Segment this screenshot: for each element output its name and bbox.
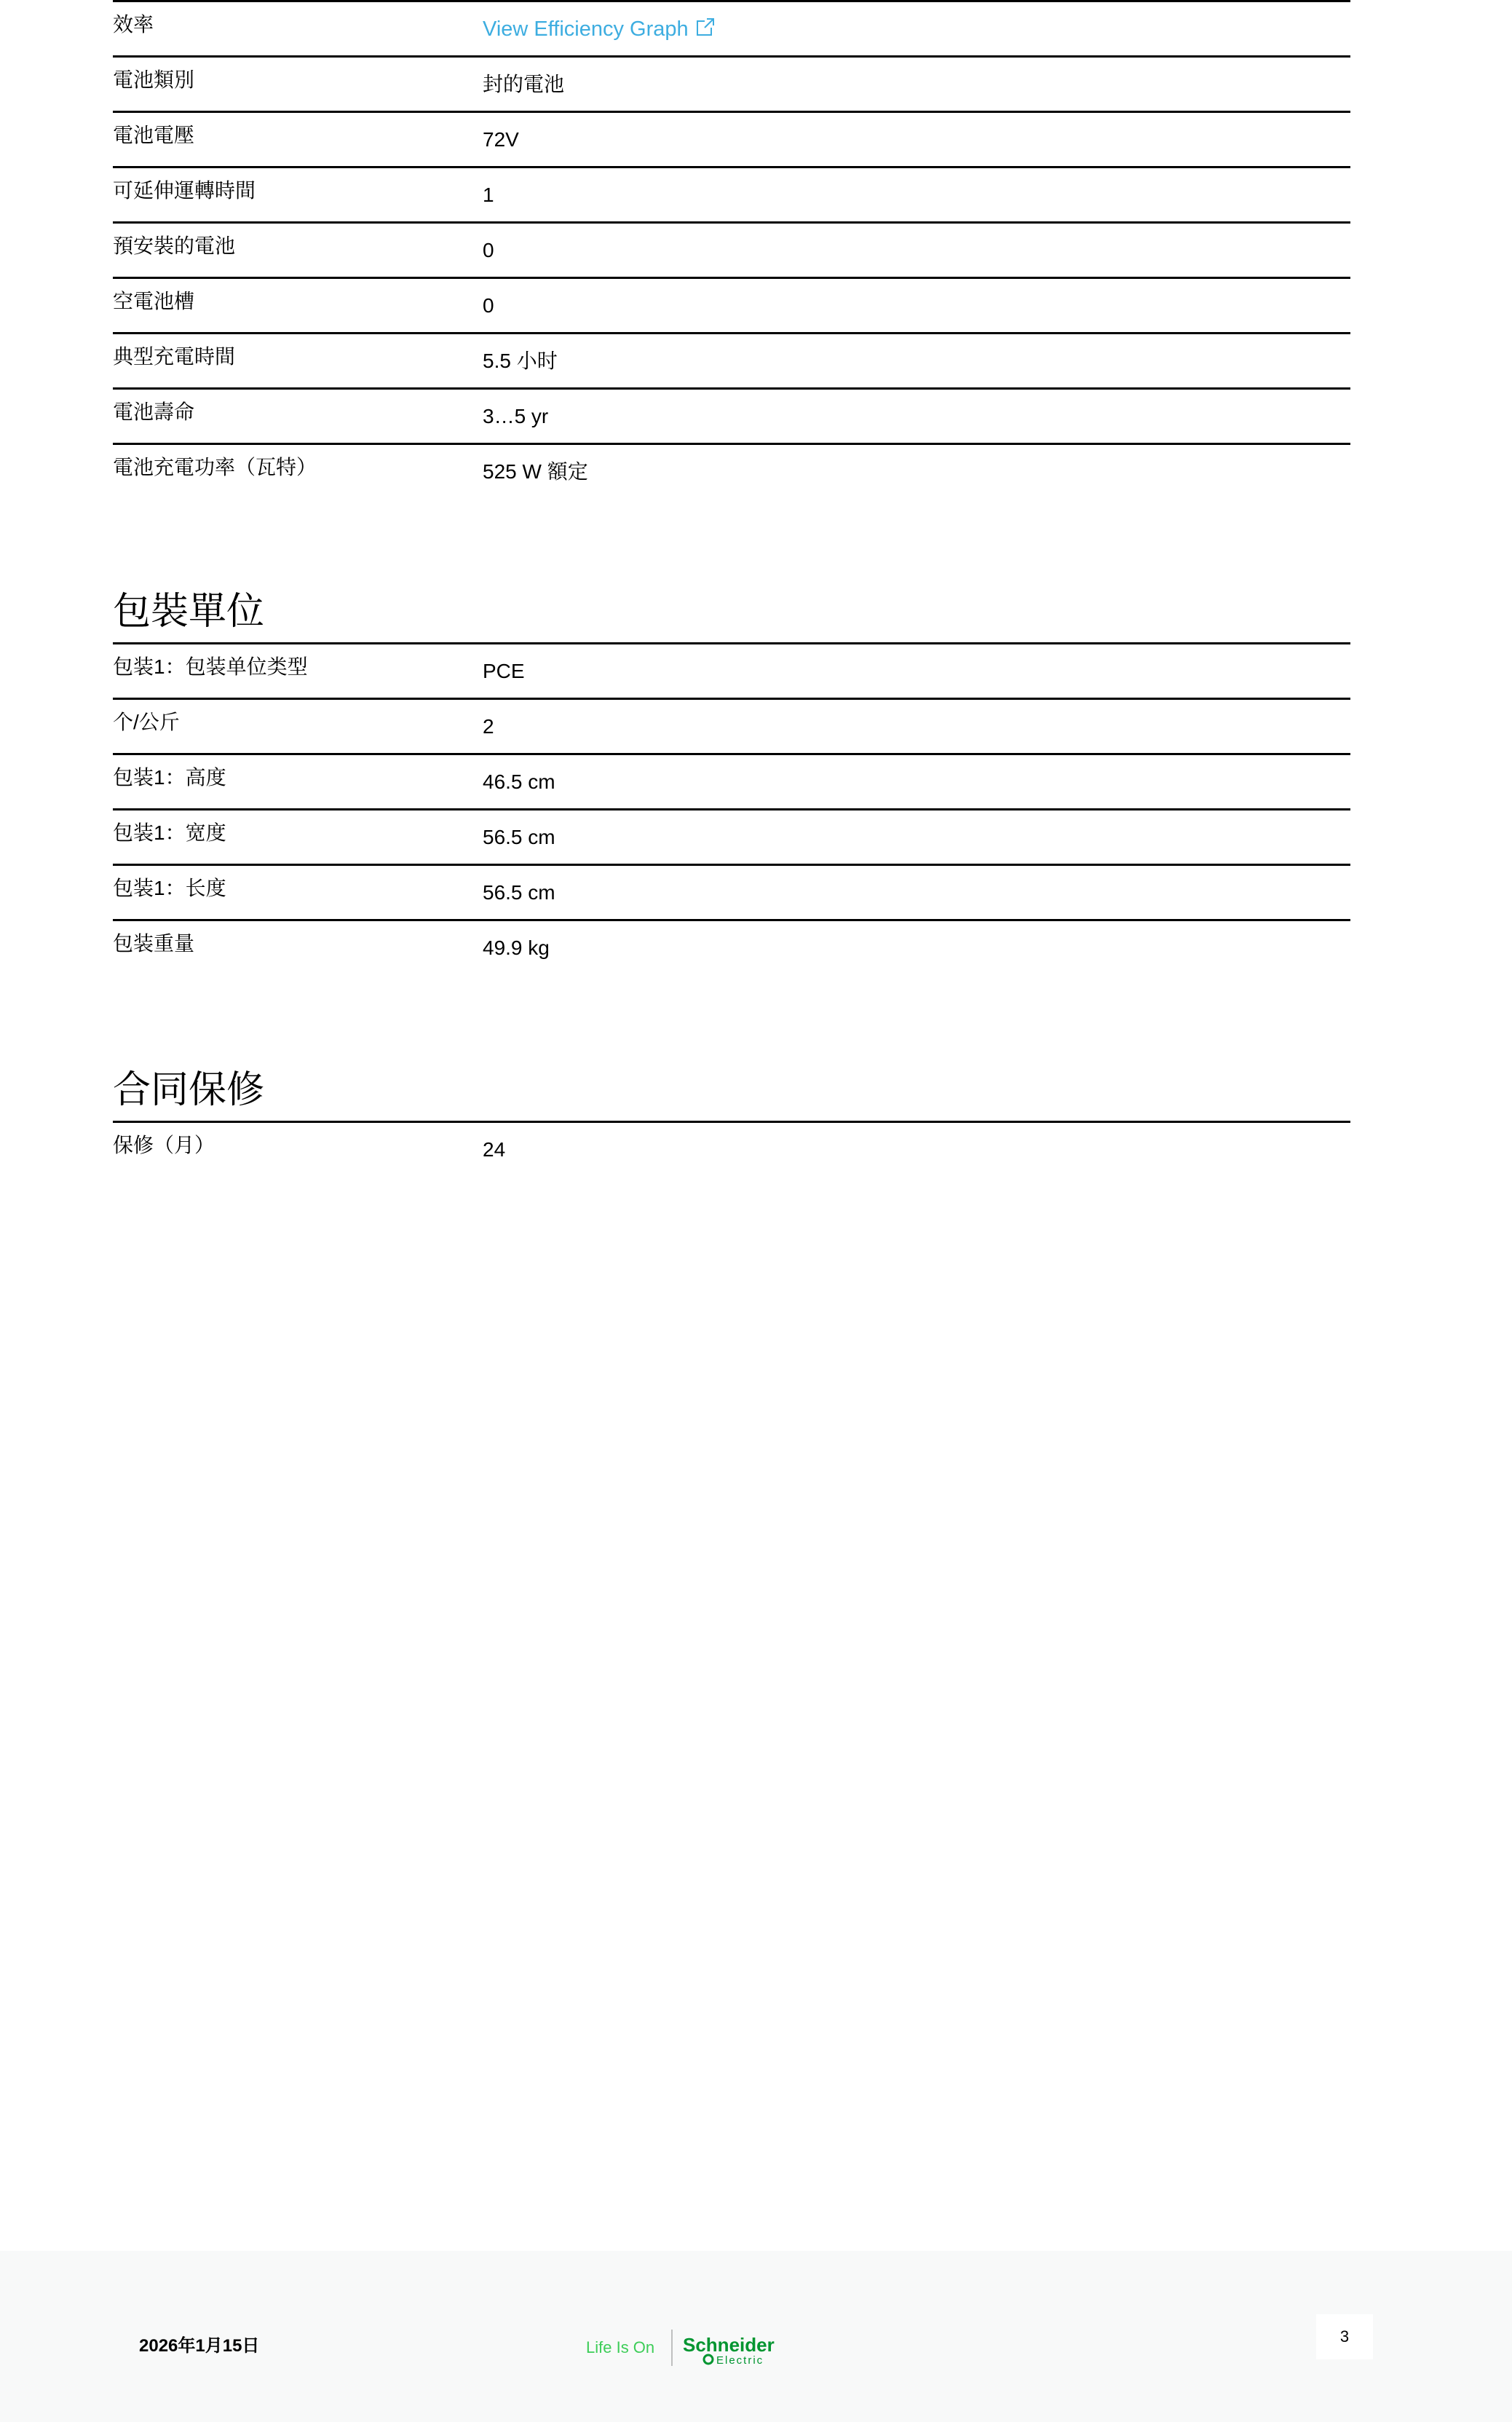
section-title: 合同保修	[113, 1068, 264, 1112]
section-title: 包裝單位	[113, 590, 264, 634]
spec-label: 預安裝的電池	[113, 234, 235, 259]
spec-value: 49.9 kg	[483, 936, 550, 960]
life-is-on-slogan: Life Is On	[586, 2338, 654, 2356]
brand-mark-icon	[704, 2355, 713, 2364]
spec-label: 包装1：高度	[113, 765, 226, 790]
spec-row-package-weight: 包装重量 49.9 kg	[113, 919, 1350, 974]
section-header-packaging: 包裝單位	[113, 498, 1350, 642]
spec-label: 包装重量	[113, 931, 194, 956]
spec-value: View Efficiency Graph	[483, 17, 715, 42]
page-number: 3	[1340, 2327, 1349, 2346]
brand-schneider: Schneider	[683, 2334, 775, 2356]
link-text: View Efficiency Graph	[483, 17, 689, 41]
spec-row-extended-runtime: 可延伸運轉時間 1	[113, 166, 1350, 221]
page-footer: 2026年1月15日 Life Is On Schneider Electric…	[0, 2251, 1512, 2422]
spec-row-efficiency: 效率 View Efficiency Graph	[113, 0, 1350, 55]
spec-label: 保修（月）	[113, 1133, 215, 1158]
spec-label: 可延伸運轉時間	[113, 178, 256, 203]
spec-row-battery-life: 電池壽命 3…5 yr	[113, 387, 1350, 443]
spec-label: 包装1：包装单位类型	[113, 655, 308, 679]
spec-value: 0	[483, 293, 494, 318]
datasheet-content: 效率 View Efficiency Graph 電池類別 封的電池 電池電壓 …	[113, 0, 1350, 1176]
spec-label: 效率	[113, 12, 154, 37]
spec-label: 包装1：宽度	[113, 821, 226, 845]
spec-value: 525 W 額定	[483, 459, 588, 484]
spec-label: 空電池槽	[113, 289, 194, 314]
spec-row-battery-voltage: 電池電壓 72V	[113, 111, 1350, 166]
spec-value: 0	[483, 238, 494, 263]
spec-label: 典型充電時間	[113, 344, 235, 369]
view-efficiency-graph-link[interactable]: View Efficiency Graph	[483, 17, 715, 41]
spec-row-units-per-package: 个/公斤 2	[113, 698, 1350, 753]
spec-value: 46.5 cm	[483, 770, 555, 794]
schneider-electric-logo: Life Is On Schneider Electric	[582, 2309, 801, 2382]
spec-value: 56.5 cm	[483, 880, 555, 905]
page-number-box: 3	[1316, 2314, 1373, 2359]
spec-row-typical-recharge-time: 典型充電時間 5.5 小时	[113, 332, 1350, 387]
spec-row-package-width: 包装1：宽度 56.5 cm	[113, 808, 1350, 864]
section-header-warranty: 合同保修	[113, 974, 1350, 1121]
spec-row-warranty-months: 保修（月） 24	[113, 1121, 1350, 1176]
spec-row-package-unit-type: 包装1：包装单位类型 PCE	[113, 642, 1350, 698]
spec-value: 1	[483, 183, 494, 208]
spec-value: 56.5 cm	[483, 825, 555, 850]
spec-value: 72V	[483, 127, 519, 152]
footer-date: 2026年1月15日	[139, 2335, 259, 2357]
spec-row-battery-type: 電池類別 封的電池	[113, 55, 1350, 111]
spec-label: 个/公斤	[113, 710, 180, 735]
spec-label: 電池電壓	[113, 123, 194, 148]
spec-value: 3…5 yr	[483, 404, 548, 429]
external-link-icon	[696, 17, 715, 36]
spec-label: 電池類別	[113, 68, 194, 92]
spec-value: PCE	[483, 659, 525, 684]
spec-row-package-height: 包装1：高度 46.5 cm	[113, 753, 1350, 808]
spec-label: 電池壽命	[113, 400, 194, 425]
spec-value: 2	[483, 714, 494, 739]
spec-row-empty-battery-slots: 空電池槽 0	[113, 277, 1350, 332]
spec-value: 24	[483, 1137, 505, 1162]
spec-label: 電池充電功率（瓦特）	[113, 455, 317, 480]
spec-value: 封的電池	[483, 72, 564, 97]
brand-electric: Electric	[716, 2354, 764, 2367]
spec-label: 包装1：长度	[113, 876, 226, 901]
spec-row-battery-charger-power: 電池充電功率（瓦特） 525 W 額定	[113, 443, 1350, 498]
spec-value: 5.5 小时	[483, 349, 558, 374]
spec-row-package-length: 包装1：长度 56.5 cm	[113, 864, 1350, 919]
spec-row-preinstalled-batteries: 預安裝的電池 0	[113, 221, 1350, 277]
